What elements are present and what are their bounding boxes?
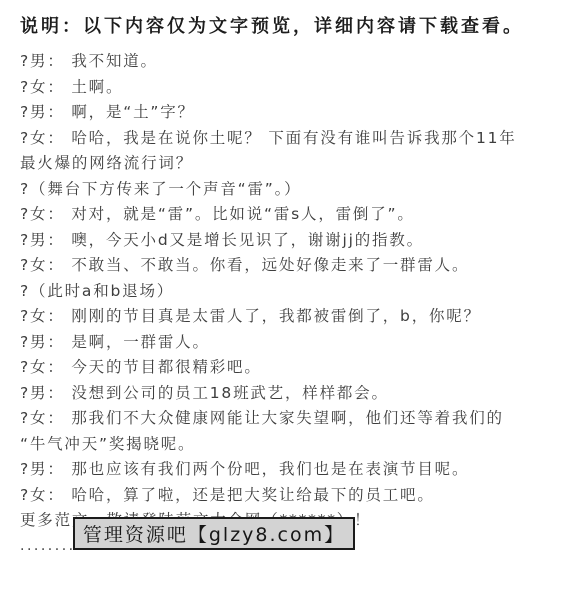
- dialogue-content: ?男： 我不知道。 ?女： 土啊。 ?男： 啊，是“土”字？ ?女： 哈哈，我是…: [20, 49, 578, 559]
- dialogue-line: ?男： 那也应该有我们两个份吧，我们也是在表演节目呢。: [20, 457, 578, 483]
- dialogue-line: ?女： 那我们不大众健康网能让大家失望啊，他们还等着我们的: [20, 406, 578, 432]
- watermark-text: 管理资源吧【glzy8.com】: [83, 520, 345, 547]
- dialogue-line-wrap: 最火爆的网络流行词？: [20, 151, 578, 177]
- dialogue-line: ?女： 哈哈，我是在说你土呢？ 下面有没有谁叫告诉我那个11年: [20, 126, 578, 152]
- dialogue-line: ?女： 哈哈，算了啦，还是把大奖让给最下的员工吧。: [20, 483, 578, 509]
- dialogue-line: ?女： 不敢当、不敢当。你看，远处好像走来了一群雷人。: [20, 253, 578, 279]
- dialogue-line: ?女： 今天的节目都很精彩吧。: [20, 355, 578, 381]
- watermark-badge: 管理资源吧【glzy8.com】: [73, 517, 355, 550]
- dialogue-line: ?男： 噢，今天小d又是增长见识了，谢谢jj的指教。: [20, 228, 578, 254]
- dialogue-line: ?女： 土啊。: [20, 75, 578, 101]
- document-preview-page: 说明：以下内容仅为文字预览，详细内容请下载查看。 ?男： 我不知道。 ?女： 土…: [0, 0, 578, 600]
- dialogue-line-wrap: “牛气冲天”奖揭晓呢。: [20, 432, 578, 458]
- dialogue-line: ?男： 啊，是“土”字？: [20, 100, 578, 126]
- preview-notice-heading: 说明：以下内容仅为文字预览，详细内容请下载查看。: [20, 12, 524, 38]
- dialogue-line: ?女： 刚刚的节目真是太雷人了，我都被雷倒了，b，你呢？: [20, 304, 578, 330]
- stage-direction-line: ?（此时a和b退场）: [20, 279, 578, 305]
- dialogue-line: ?男： 是啊，一群雷人。: [20, 330, 578, 356]
- dialogue-line: ?男： 没想到公司的员工18班武艺，样样都会。: [20, 381, 578, 407]
- stage-direction-line: ?（舞台下方传来了一个声音“雷”。）: [20, 177, 578, 203]
- dialogue-line: ?男： 我不知道。: [20, 49, 578, 75]
- dialogue-line: ?女： 对对，就是“雷”。比如说“雷s人，雷倒了”。: [20, 202, 578, 228]
